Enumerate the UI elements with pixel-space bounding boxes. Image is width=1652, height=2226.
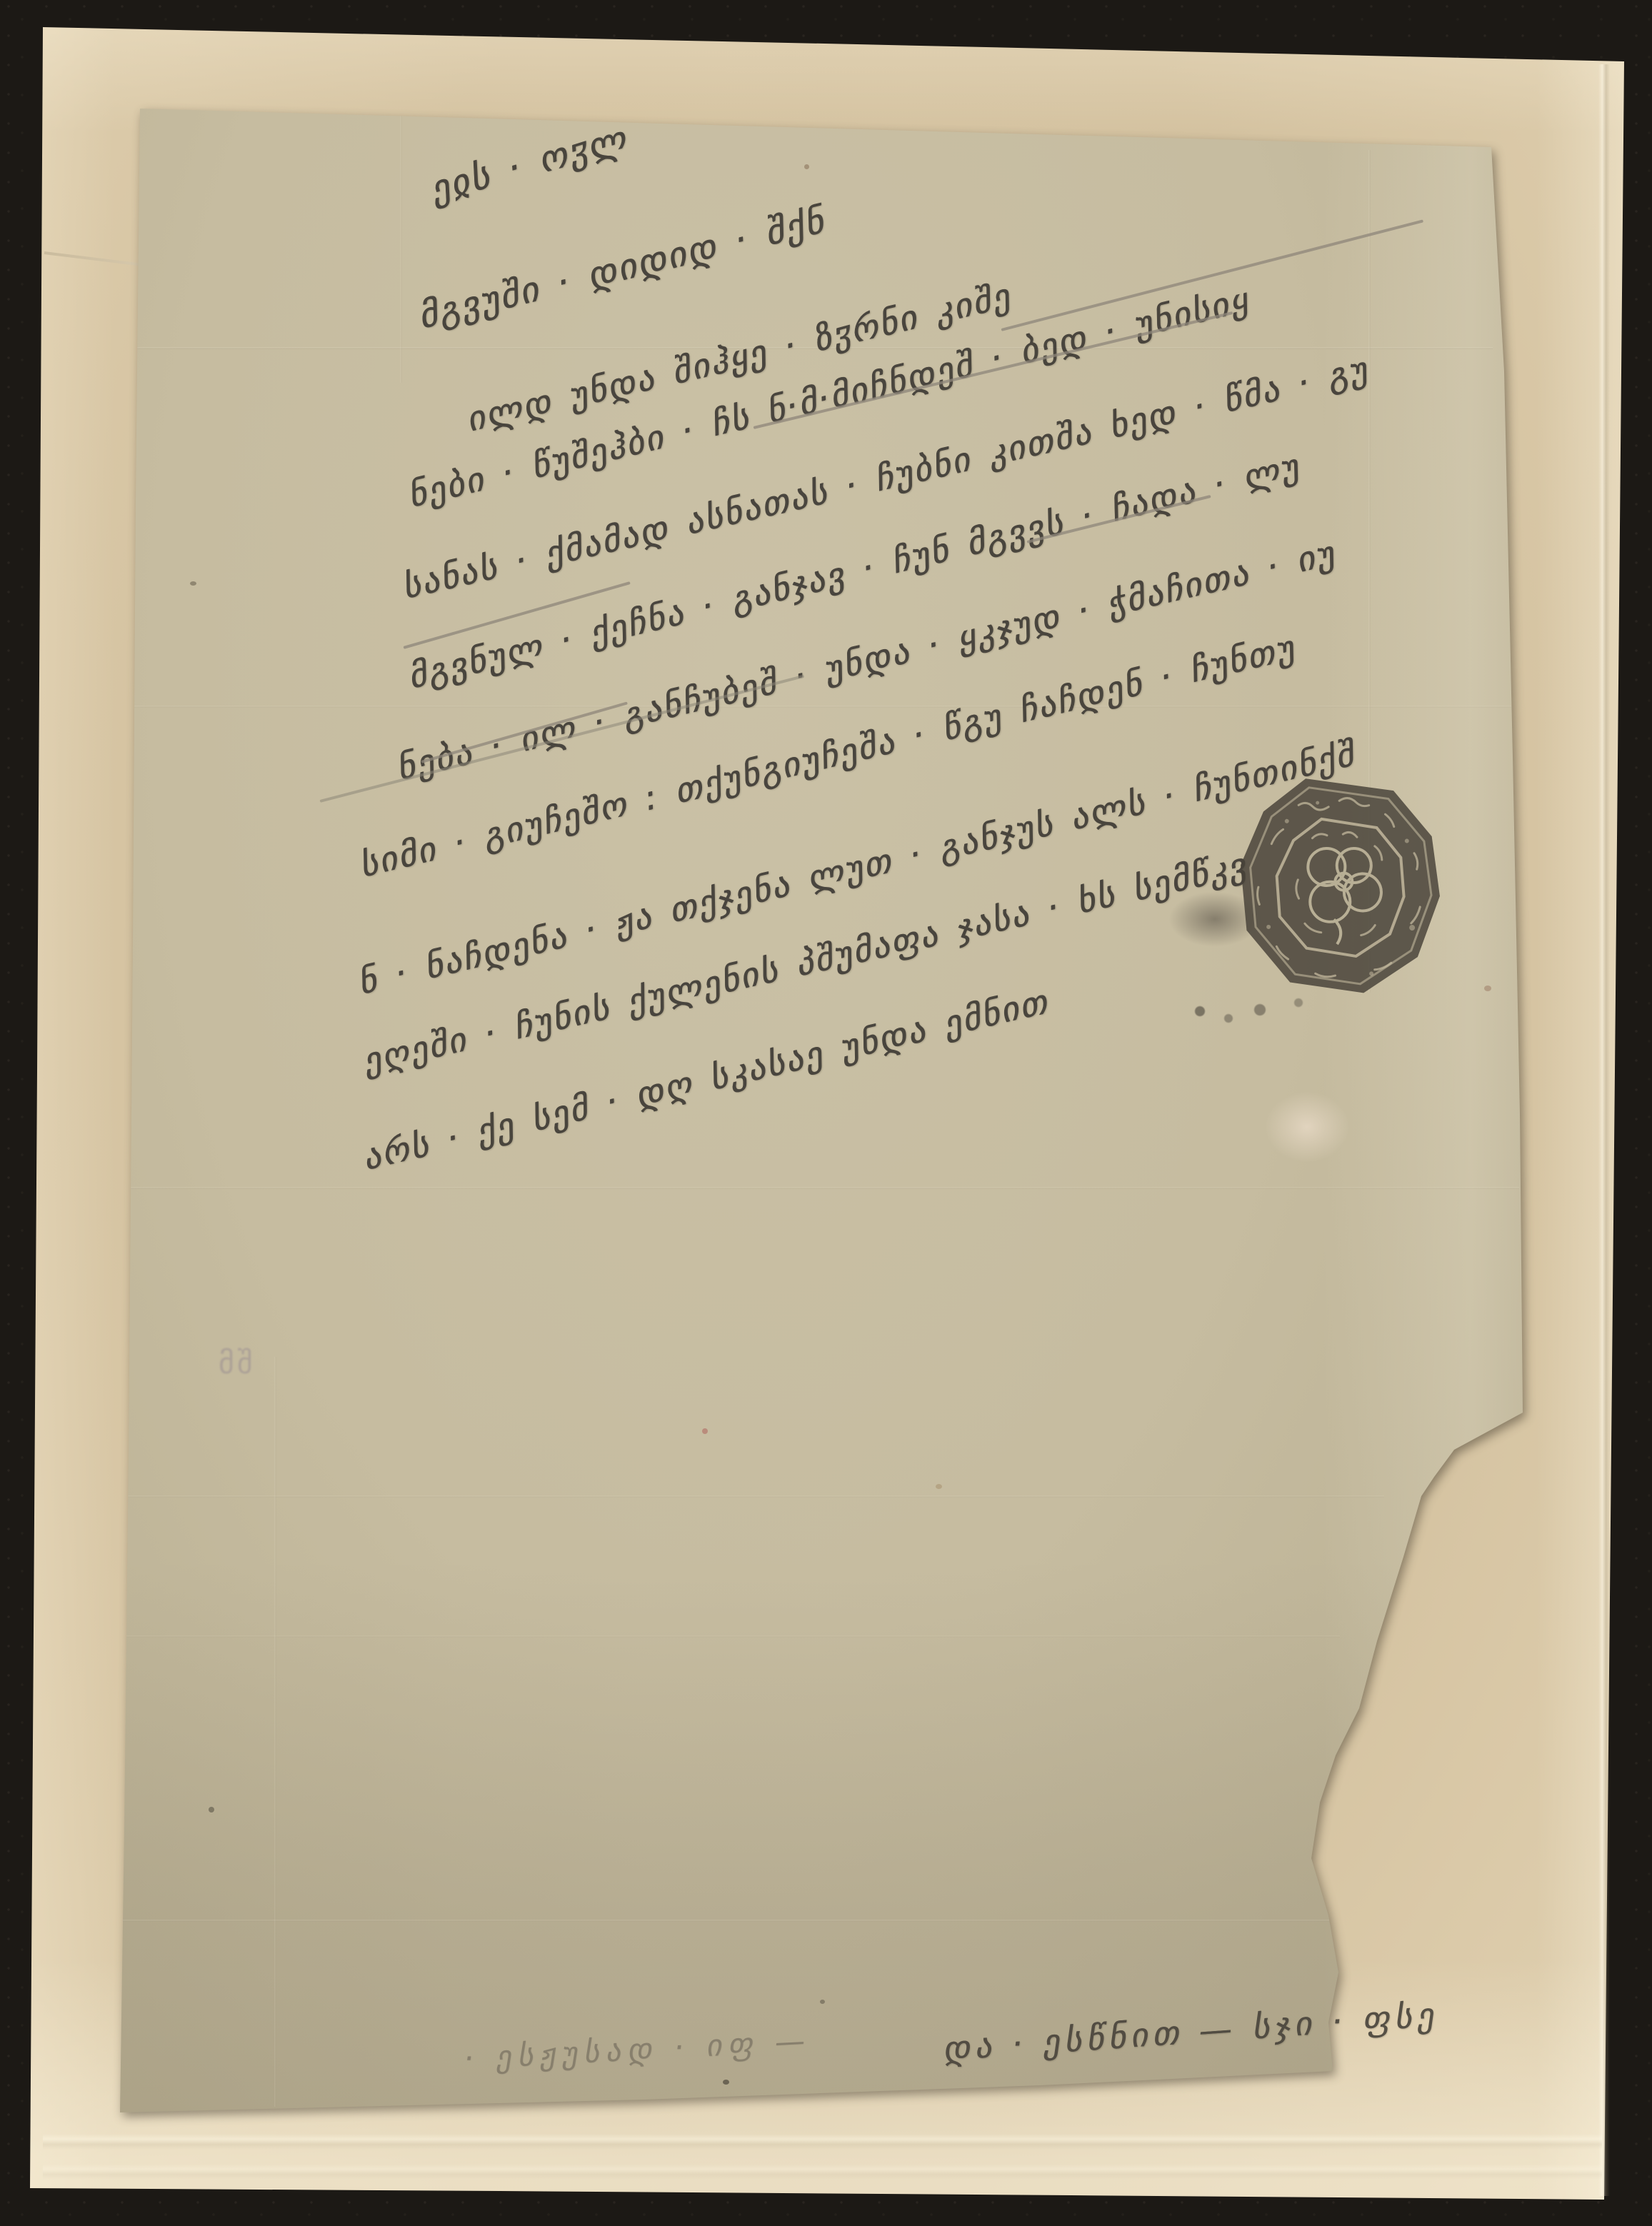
stamp-octagon-icon	[1228, 773, 1451, 1000]
paper-speck	[936, 1484, 942, 1489]
paper-speck	[190, 581, 196, 586]
paper-crease	[130, 1187, 1519, 1189]
paper-crease	[274, 1357, 276, 2107]
ink-ghost-mark: მშ	[219, 1345, 256, 1380]
abrasion-stain	[1264, 1091, 1350, 1163]
paper-speck	[702, 1428, 708, 1434]
paper-speck	[723, 2080, 729, 2085]
paper-speck	[820, 2000, 825, 2004]
paper-crease	[126, 1635, 1340, 1638]
paper-crease	[400, 111, 402, 383]
scanned-document-page: ეჲს · ოჳლ მგვუში · დიდიდ · შქნ ილდ უნდა …	[0, 0, 1652, 2226]
paper-crease	[133, 706, 1511, 708]
octagonal-ink-stamp	[1218, 766, 1460, 1015]
paper-crease	[123, 1920, 1330, 1922]
paper-speck	[804, 164, 809, 169]
paper-crease	[127, 1495, 1384, 1498]
paper-speck	[1484, 986, 1491, 991]
paper-speck	[209, 1807, 214, 1813]
stamp-dot-trail	[1191, 990, 1320, 1027]
